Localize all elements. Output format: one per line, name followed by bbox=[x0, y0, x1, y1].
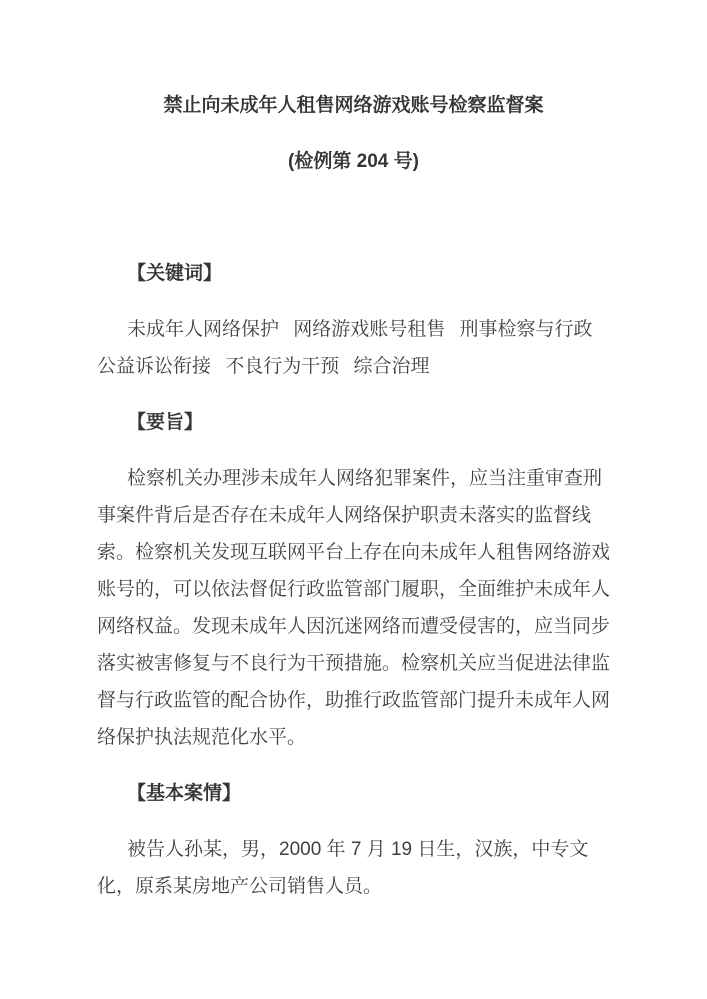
section-heading-keywords: 【关键词】 bbox=[97, 255, 610, 292]
document-title: 禁止向未成年人租售网络游戏账号检察监督案 bbox=[97, 87, 610, 124]
basic-facts-paragraph: 被告人孙某，男，2000 年 7 月 19 日生，汉族，中专文化，原系某房地产公… bbox=[97, 831, 610, 905]
blank-line bbox=[97, 199, 610, 255]
case-number: (检例第 204 号) bbox=[97, 143, 610, 180]
gist-paragraph: 检察机关办理涉未成年人网络犯罪案件，应当注重审查刑事案件背后是否存在未成年人网络… bbox=[97, 460, 610, 756]
section-heading-gist: 【要旨】 bbox=[97, 404, 610, 441]
section-heading-basic-facts: 【基本案情】 bbox=[97, 775, 610, 812]
document-page: 禁止向未成年人租售网络游戏账号检察监督案 (检例第 204 号) 【关键词】 未… bbox=[0, 0, 707, 999]
keywords-paragraph: 未成年人网络保护 网络游戏账号租售 刑事检察与行政公益诉讼衔接 不良行为干预 综… bbox=[97, 311, 610, 385]
